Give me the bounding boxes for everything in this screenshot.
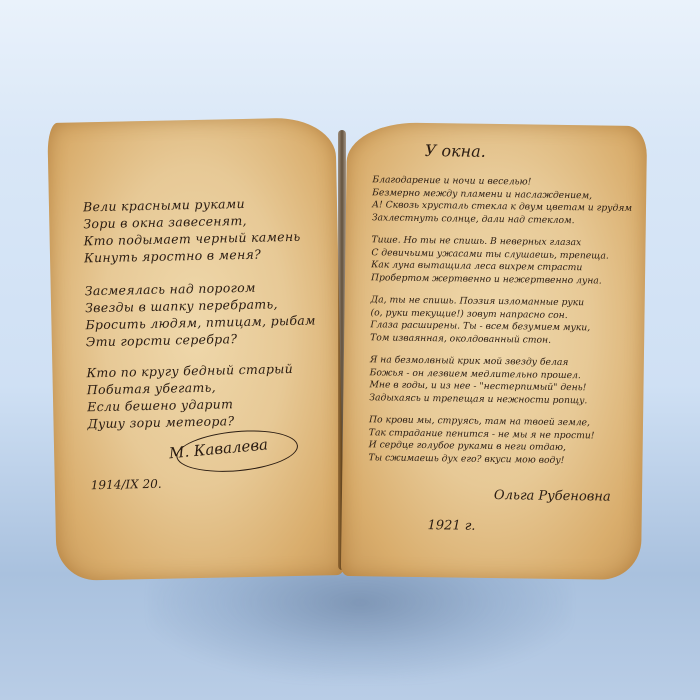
left-stanza-2: Засмеялась над порогом Звезды в шапку пе…	[85, 277, 336, 350]
right-date: 1921 г.	[427, 518, 475, 534]
left-stanza-3: Кто по кругу бедный старый Побитая убега…	[86, 359, 337, 432]
poem-title: У окна.	[425, 141, 486, 161]
right-signature: Ольга Рубеновна	[494, 488, 611, 505]
left-page: Вели красными руками Зори в окна завесен…	[47, 117, 345, 581]
right-stanza-5: По крови мы, струясь, там на твоей земле…	[368, 414, 639, 468]
left-stanza-1: Вели красными руками Зори в окна завесен…	[83, 193, 334, 266]
poem-line: Ты сжимаешь дух его? вкуси мою воду!	[368, 452, 638, 468]
right-stanza-1: Благодарение и ночи и веселью! Безмерно …	[372, 174, 643, 228]
right-stanza-2: Тише. Но ты не спишь. В неверных глазах …	[371, 234, 642, 288]
poem-line: Том изваянная, околдованный стон.	[370, 332, 640, 348]
left-date: 1914/IX 20.	[91, 477, 162, 492]
book-shadow	[150, 570, 570, 680]
right-page: У окна. Благодарение и ночи и веселью! Б…	[341, 122, 647, 580]
signature-text: М. Кавалева	[168, 435, 268, 462]
left-signature: М. Кавалева	[175, 426, 300, 477]
right-stanza-3: Да, ты не спишь. Поэзия изломанные руки …	[370, 294, 641, 348]
right-stanza-4: Я на безмолвный крик мой звезду белая Бо…	[369, 354, 640, 408]
poem-line: Задыхаясь и трепещая и нежности ропщу.	[369, 392, 639, 408]
poem-line: Пробертом жертвенно и нежертвенно луна.	[371, 272, 641, 288]
